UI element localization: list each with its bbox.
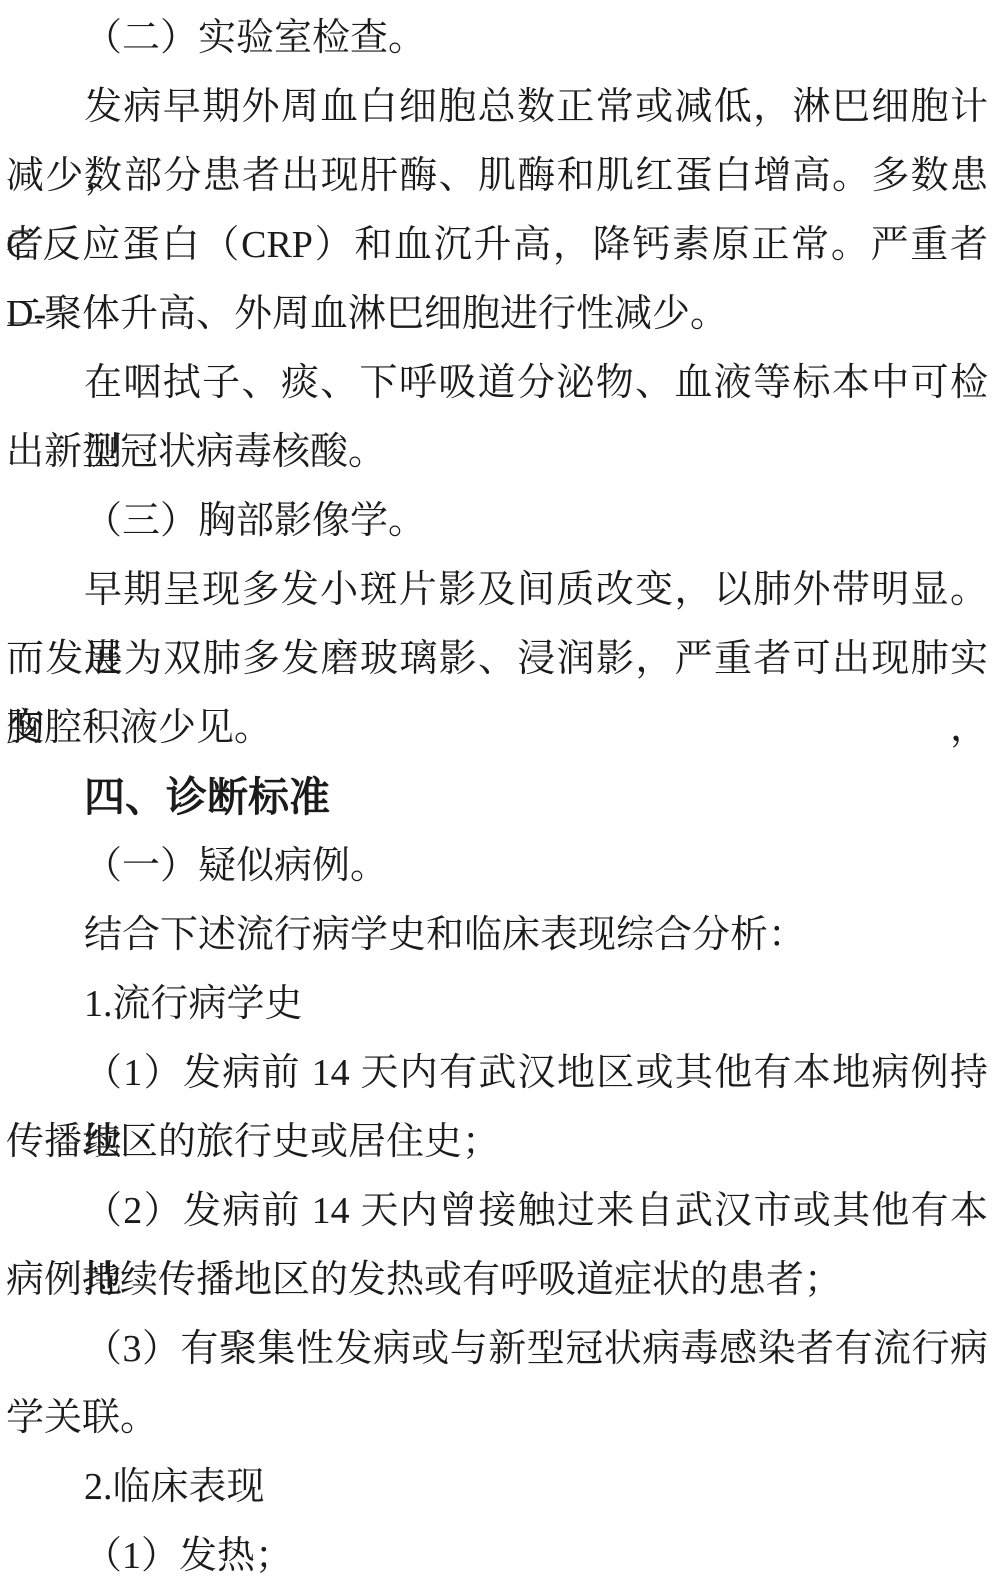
section-heading-chest-imaging: （三）胸部影像学。: [6, 487, 988, 556]
paragraph-line: （2）发病前 14 天内曾接触过来自武汉市或其他有本地: [6, 1177, 988, 1246]
section-heading-lab-tests: （二）实验室检查。: [6, 4, 988, 73]
paragraph-line: 早期呈现多发小斑片影及间质改变，以肺外带明显。进: [6, 556, 988, 625]
paragraph-line: （1）发病前 14 天内有武汉地区或其他有本地病例持续: [6, 1039, 988, 1108]
paragraph-line: C 反应蛋白（CRP）和血沉升高，降钙素原正常。严重者 D-: [6, 211, 988, 280]
paragraph-line: （3）有聚集性发病或与新型冠状病毒感染者有流行病: [6, 1315, 988, 1384]
document-page: （二）实验室检查。 发病早期外周血白细胞总数正常或减低，淋巴细胞计数 减少，部分…: [0, 0, 1000, 1592]
list-item-fever: （1）发热；: [6, 1522, 988, 1591]
section-heading-suspected-case: （一）疑似病例。: [6, 832, 988, 901]
paragraph-line: 传播地区的旅行史或居住史；: [6, 1108, 988, 1177]
paragraph-line: 发病早期外周血白细胞总数正常或减低，淋巴细胞计数: [6, 73, 988, 142]
list-item-epidemiological-history: 1.流行病学史: [6, 970, 988, 1039]
paragraph-line: 结合下述流行病学史和临床表现综合分析：: [6, 901, 988, 970]
list-item-clinical-manifestations: 2.临床表现: [6, 1453, 988, 1522]
paragraph-line: 学关联。: [6, 1384, 988, 1453]
paragraph-line: 出新型冠状病毒核酸。: [6, 418, 988, 487]
paragraph-line: 病例持续传播地区的发热或有呼吸道症状的患者；: [6, 1246, 988, 1315]
paragraph-line: 二聚体升高、外周血淋巴细胞进行性减少。: [6, 280, 988, 349]
paragraph-line: 而发展为双肺多发磨玻璃影、浸润影，严重者可出现肺实变，: [6, 625, 988, 694]
chapter-heading-diagnostic-criteria: 四、诊断标准: [6, 763, 988, 832]
paragraph-line: 在咽拭子、痰、下呼吸道分泌物、血液等标本中可检测: [6, 349, 988, 418]
paragraph-line: 减少，部分患者出现肝酶、肌酶和肌红蛋白增高。多数患者: [6, 142, 988, 211]
